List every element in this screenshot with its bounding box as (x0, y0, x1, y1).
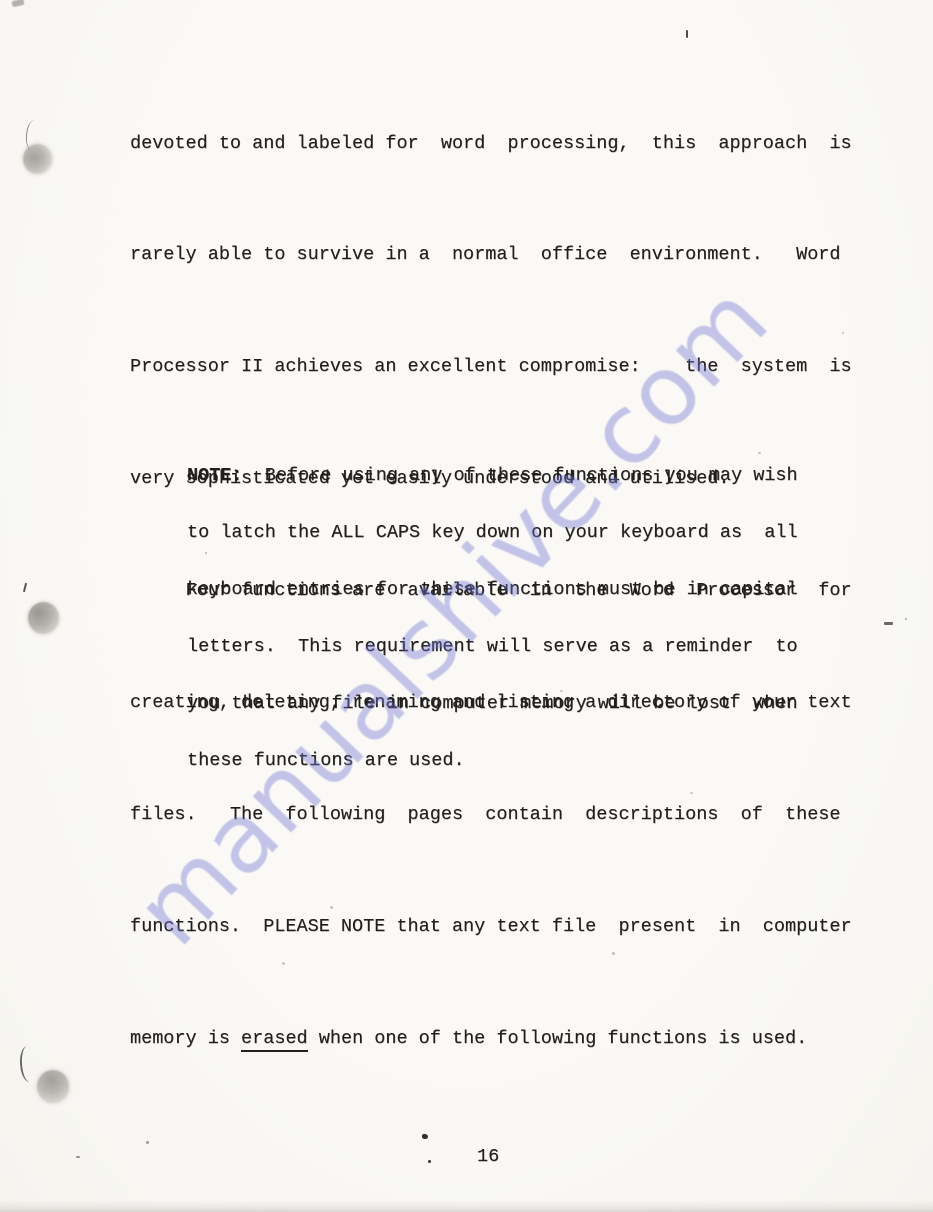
scan-speck (842, 332, 844, 334)
text-segment: Before using any of these functions you … (243, 465, 798, 486)
note-line: NOTE: Before using any of these function… (187, 466, 798, 485)
note-line: keyboard entries for these functions mus… (187, 580, 798, 599)
scan-speck (884, 622, 893, 625)
text-line: Processor II achieves an excellent compr… (130, 348, 852, 385)
hole-punch-top (23, 144, 52, 174)
scan-speck (758, 452, 761, 454)
note-line: to latch the ALL CAPS key down on your k… (187, 523, 798, 542)
text-segment: when one of the following functions is u… (308, 1028, 808, 1049)
note-line: these functions are used. (187, 751, 798, 770)
text-line: memory is erased when one of the followi… (130, 1020, 852, 1057)
scan-mark (12, 0, 25, 7)
scan-bottom-edge (0, 1200, 933, 1212)
scan-speck (560, 690, 563, 692)
note-line: you that any file in computer memory wil… (187, 694, 798, 713)
scan-speck (146, 1141, 149, 1144)
scan-speck (905, 618, 907, 620)
scan-speck (205, 552, 207, 554)
scan-speck (282, 962, 285, 965)
note-block: NOTE: Before using any of these function… (187, 428, 798, 808)
text-line: devoted to and labeled for word processi… (130, 125, 852, 162)
note-line: letters. This requirement will serve as … (187, 637, 798, 656)
scan-speck (428, 1160, 431, 1163)
note-label: NOTE: (187, 465, 243, 486)
text-line: functions. PLEASE NOTE that any text fil… (130, 908, 852, 945)
crease-mark (19, 1045, 38, 1082)
text-line: rarely able to survive in a normal offic… (130, 236, 852, 273)
hole-punch-bottom (37, 1070, 69, 1103)
underlined-word: erased (241, 1028, 308, 1052)
scan-speck (686, 30, 688, 38)
scan-mark (23, 583, 27, 592)
scan-speck (330, 906, 333, 909)
scan-speck (690, 792, 693, 794)
hole-punch-middle (28, 602, 59, 634)
scan-speck (612, 952, 615, 955)
page-number: 16 (477, 1146, 499, 1167)
scan-speck (422, 1134, 428, 1139)
scan-speck (76, 1156, 80, 1158)
scanned-manual-page: devoted to and labeled for word processi… (0, 0, 933, 1212)
text-segment: memory is (130, 1028, 241, 1049)
